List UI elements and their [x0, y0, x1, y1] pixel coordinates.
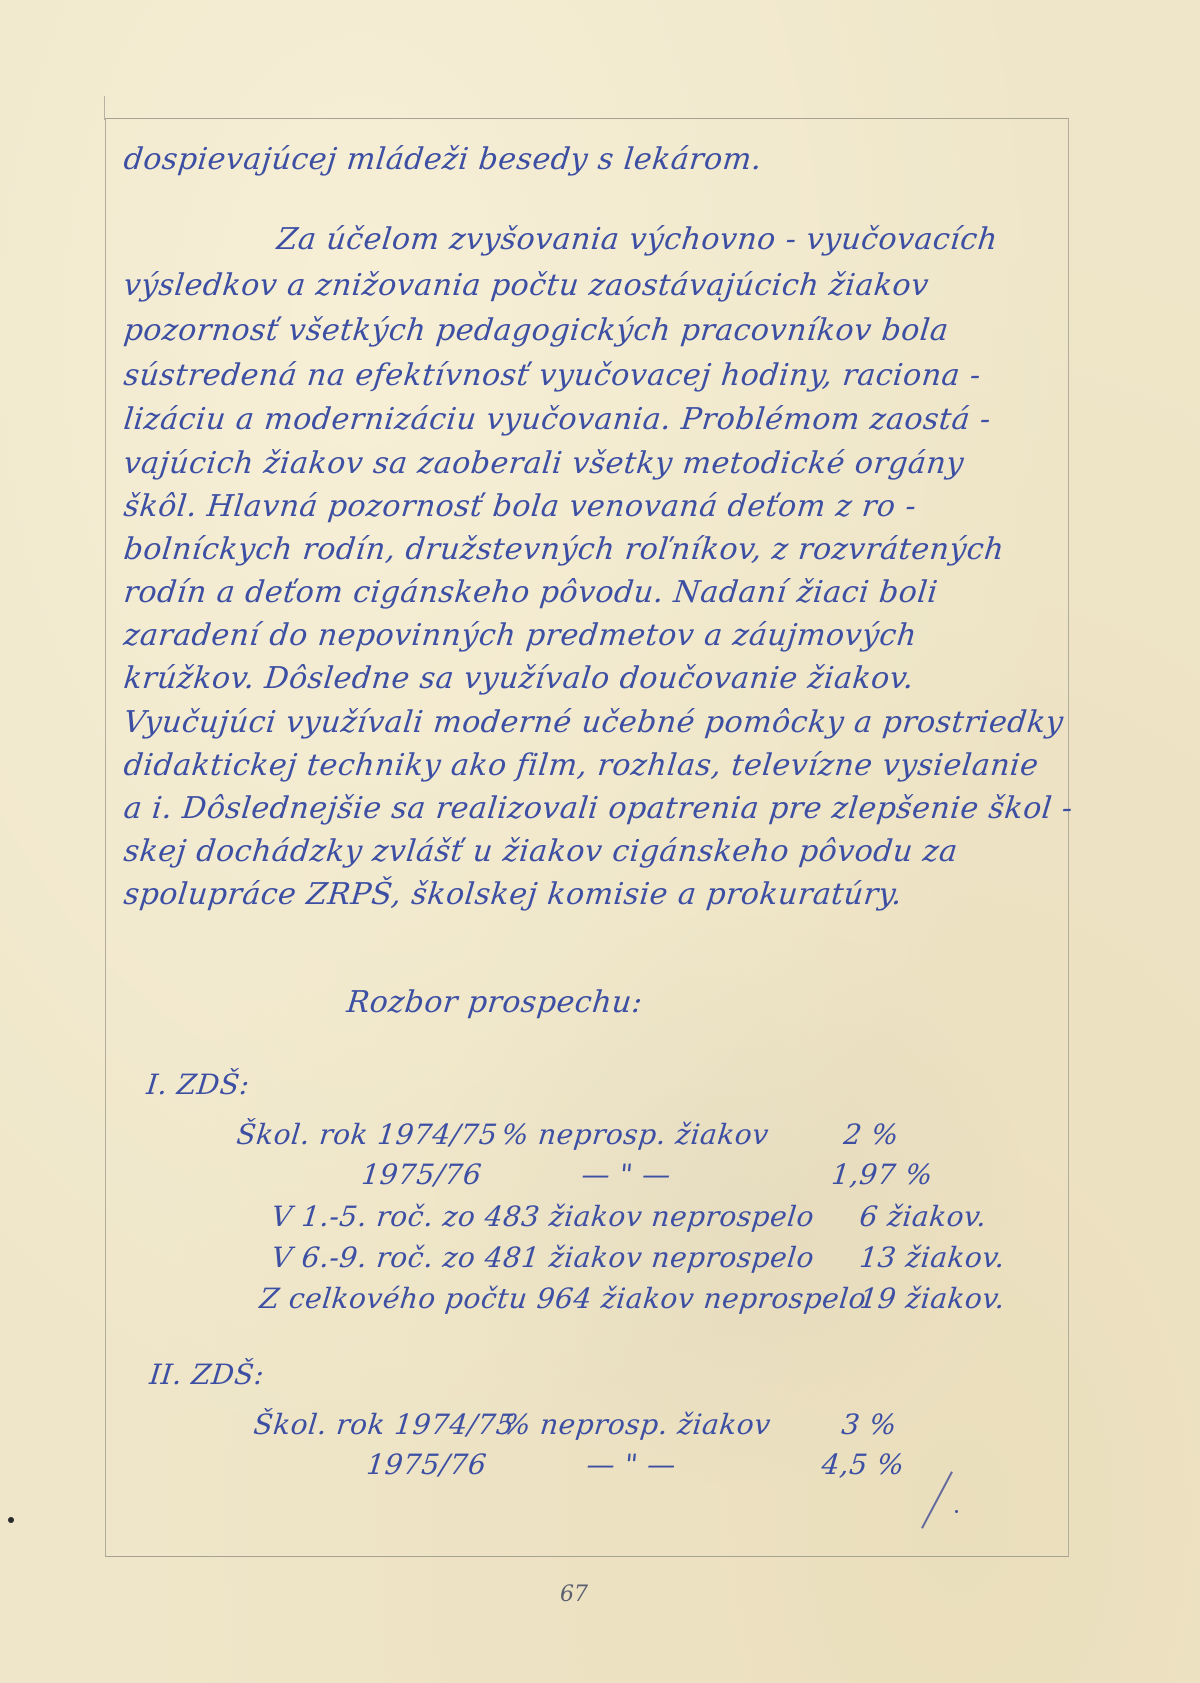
text-line-7: vajúcich žiakov sa zaoberali všetky meto…	[122, 446, 966, 481]
text-line-9: bolníckych rodín, družstevných roľníkov,…	[122, 532, 1006, 567]
margin-spot	[8, 1517, 14, 1523]
school-2-row-1-desc: % neprosp. žiakov	[502, 1408, 772, 1441]
school-1-row-1-year: Škol. rok 1974/75	[235, 1118, 499, 1151]
text-line-11: zaradení do nepovinných predmetov a záuj…	[122, 618, 919, 653]
school-1-row-2-value: 1,97 %	[830, 1158, 934, 1191]
school-2-row-2-year: 1975/76	[365, 1448, 488, 1481]
school-1-row-2-desc: — " —	[580, 1158, 673, 1191]
section-heading: Rozbor prospechu:	[345, 985, 644, 1020]
text-line-3: výsledkov a znižovania počtu zaostávajúc…	[122, 268, 930, 303]
school-1-detail-3-text: Z celkového počtu 964 žiakov neprospelo	[258, 1282, 868, 1315]
text-line-16: skej dochádzky zvlášť u žiakov cigánskeh…	[122, 834, 959, 869]
text-line-4: pozornosť všetkých pedagogických pracovn…	[122, 313, 950, 348]
text-line-10: rodín a deťom cigánskeho pôvodu. Nadaní …	[122, 575, 940, 610]
school-1-detail-2-text: V 6.-9. roč. zo 481 žiakov neprospelo	[270, 1241, 816, 1274]
text-line-12: krúžkov. Dôsledne sa využívalo doučovani…	[122, 661, 916, 696]
school-1-label: I. ZDŠ:	[145, 1068, 251, 1101]
school-2-row-1-year: Škol. rok 1974/75	[252, 1408, 516, 1441]
school-1-row-1-desc: % neprosp. žiakov	[500, 1118, 770, 1151]
text-line-13: Vyučujúci využívali moderné učebné pomôc…	[122, 705, 1065, 740]
school-1-row-2-year: 1975/76	[360, 1158, 483, 1191]
school-2-label: II. ZDŠ:	[148, 1358, 266, 1391]
school-1-detail-2-value: 13 žiakov.	[858, 1241, 1007, 1274]
text-line-14: didaktickej techniky ako film, rozhlas, …	[122, 748, 1040, 783]
school-2-row-1-value: 3 %	[840, 1408, 898, 1441]
text-line-6: lizáciu a modernizáciu vyučovania. Probl…	[122, 402, 993, 437]
text-line-17: spolupráce ZRPŠ, školskej komisie a prok…	[122, 877, 904, 912]
text-line-2: Za účelom zvyšovania výchovno - vyučovac…	[275, 222, 999, 257]
school-1-detail-1-text: V 1.-5. roč. zo 483 žiakov neprospelo	[270, 1200, 816, 1233]
school-1-row-1-value: 2 %	[842, 1118, 900, 1151]
school-2-row-2-value: 4,5 %	[820, 1448, 906, 1481]
frame-corner-tick	[104, 96, 105, 120]
school-2-row-2-desc: — " —	[585, 1448, 678, 1481]
text-line-15: a i. Dôslednejšie sa realizovali opatren…	[122, 791, 1075, 826]
text-line-8: škôl. Hlavná pozornosť bola venovaná deť…	[122, 489, 918, 524]
school-1-detail-3-value: 19 žiakov.	[858, 1282, 1007, 1315]
text-line-5: sústredená na efektívnosť vyučovacej hod…	[122, 358, 983, 393]
text-line-1: dospievajúcej mládeži besedy s lekárom.	[122, 142, 764, 177]
school-1-detail-1-value: 6 žiakov.	[858, 1200, 988, 1233]
page-number: 67	[560, 1582, 588, 1607]
continuation-dot-mark	[955, 1510, 958, 1513]
